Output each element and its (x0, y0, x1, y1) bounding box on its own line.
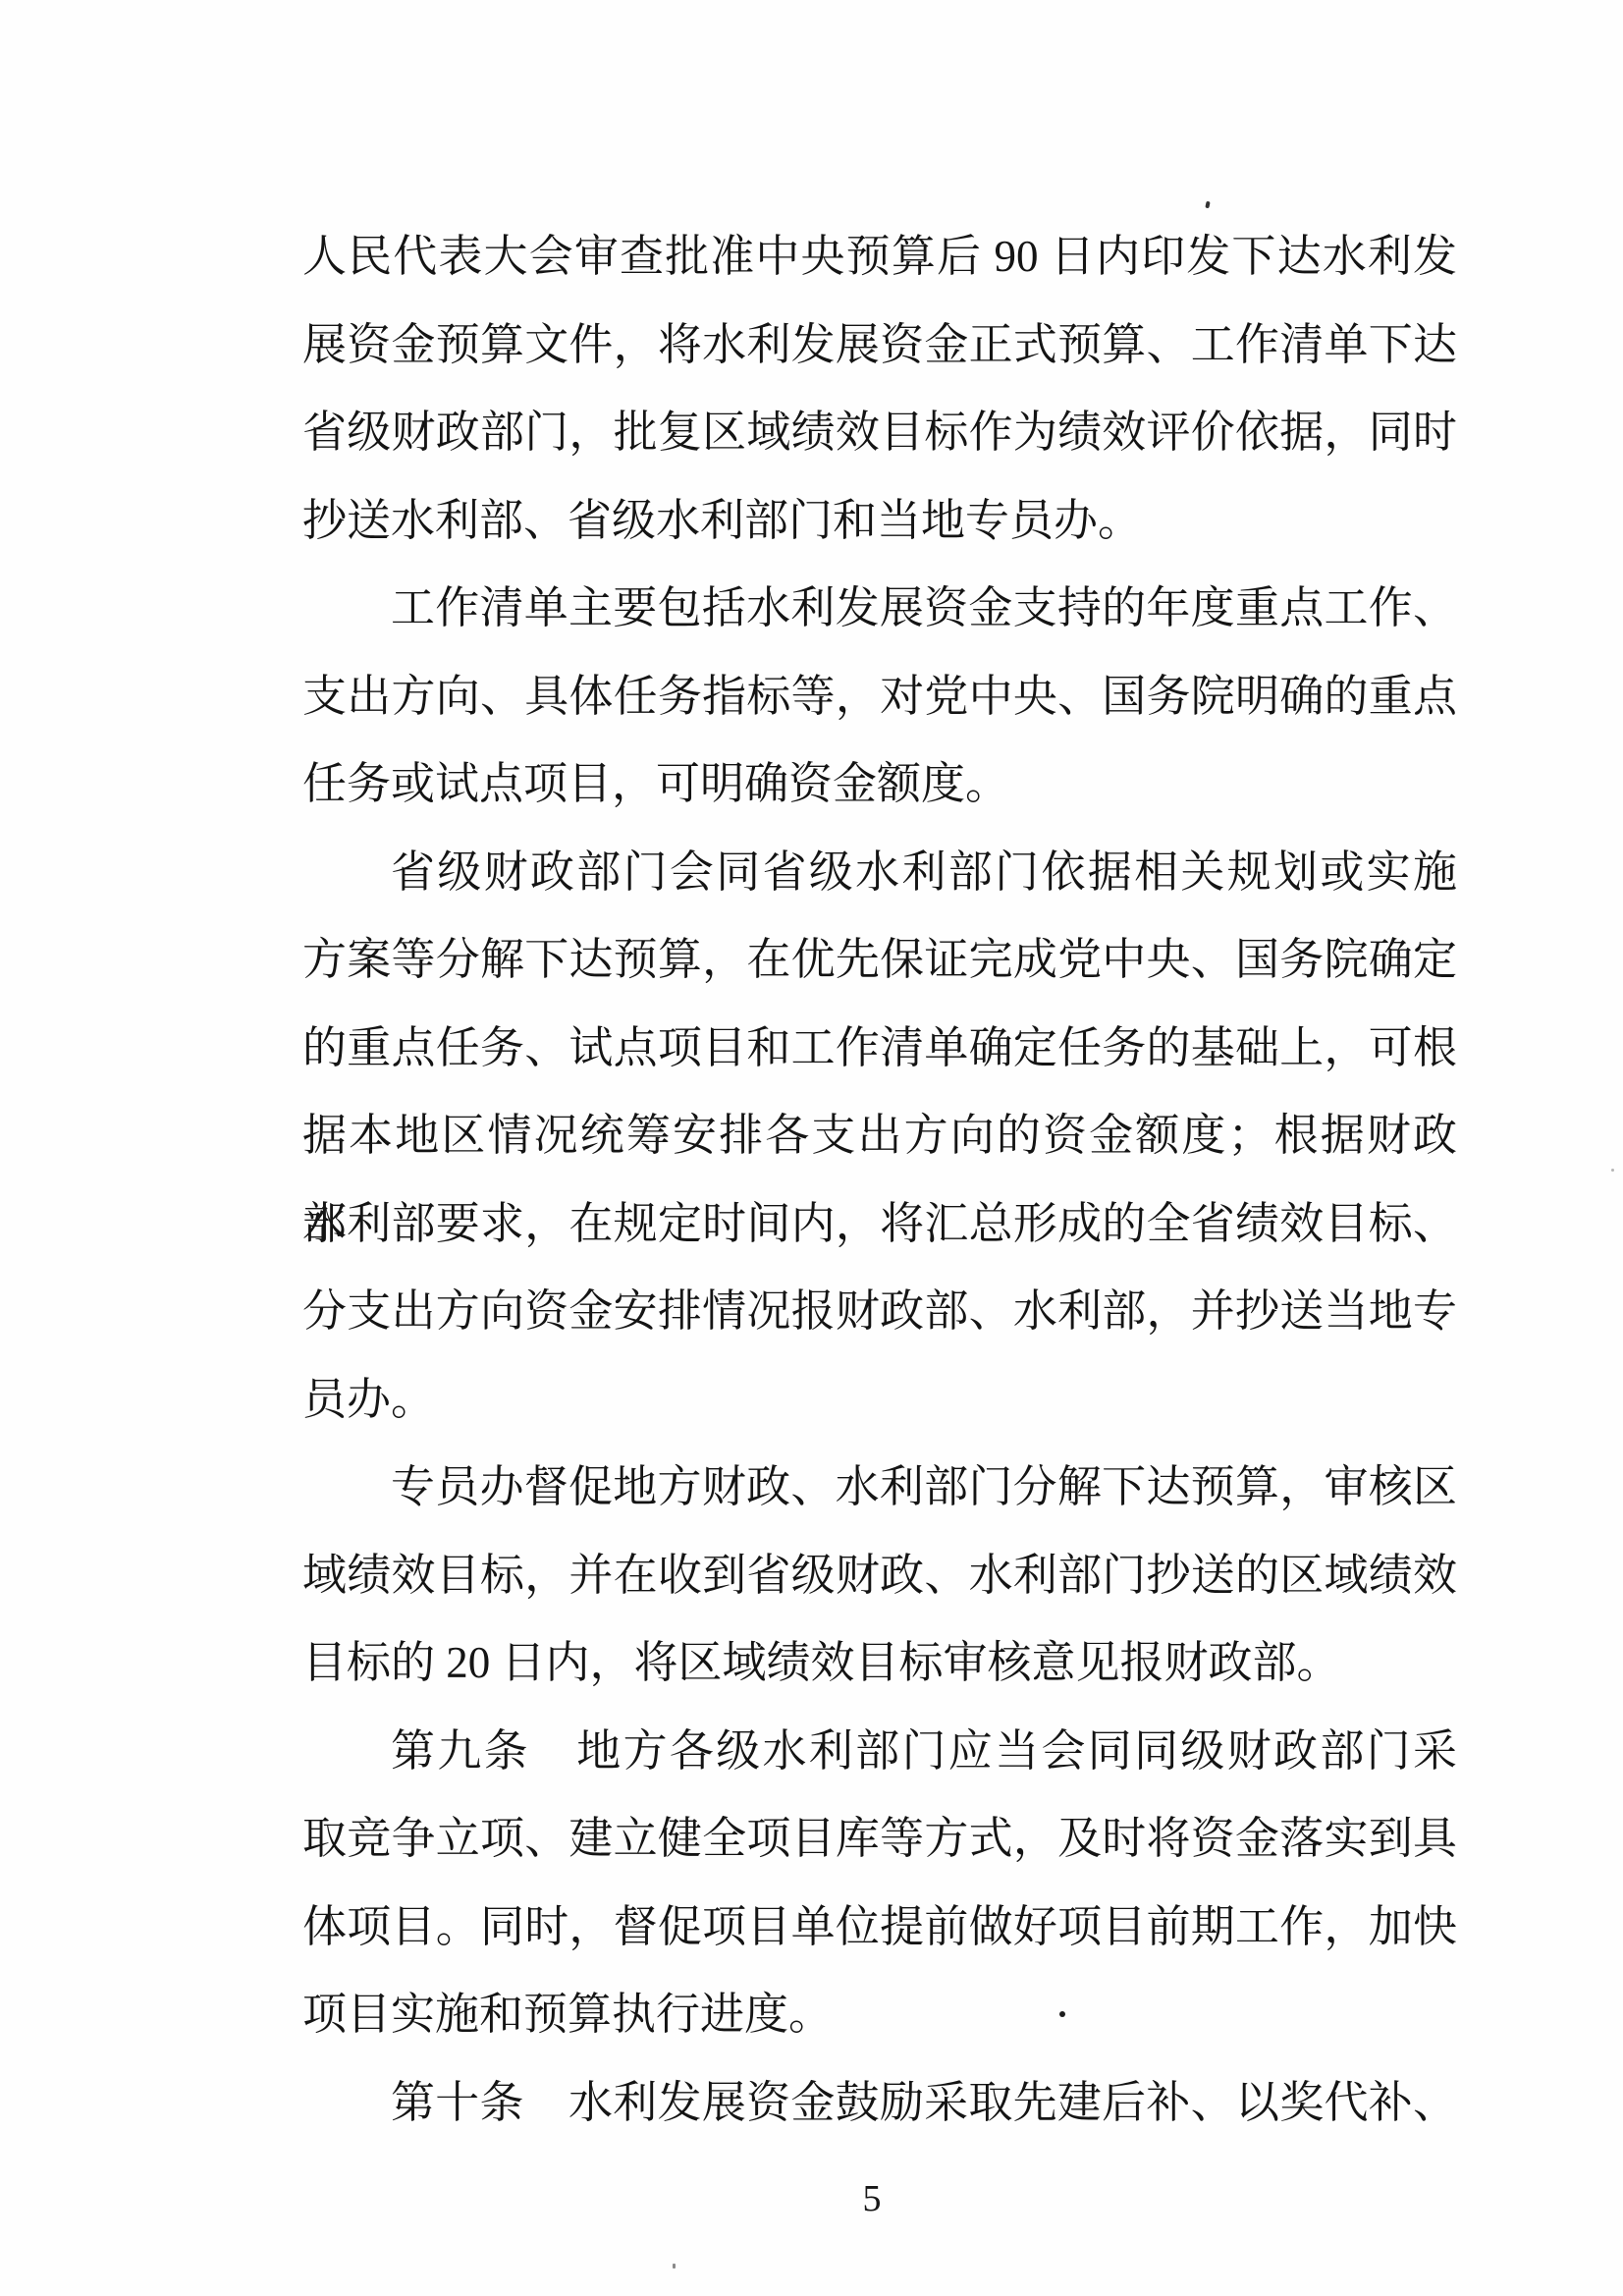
text-line: 支出方向、具体任务指标等，对党中央、国务院明确的重点 (302, 653, 1457, 741)
paragraph: 工作清单主要包括水利发展资金支持的年度重点工作、支出方向、具体任务指标等，对党中… (302, 565, 1457, 829)
text-block: 人民代表大会审查批准中央预算后 90 日内印发下达水利发展资金预算文件，将水利发… (302, 213, 1457, 2147)
text-line: 第九条 地方各级水利部门应当会同同级财政部门采 (302, 1708, 1457, 1796)
text-line: 的重点任务、试点项目和工作清单确定任务的基础上，可根 (302, 1005, 1457, 1093)
document-page: 人民代表大会审查批准中央预算后 90 日内印发下达水利发展资金预算文件，将水利发… (0, 0, 1623, 2296)
text-line: 展资金预算文件，将水利发展资金正式预算、工作清单下达 (302, 301, 1457, 390)
text-line: 方案等分解下达预算，在优先保证完成党中央、国务院确定 (302, 916, 1457, 1005)
ink-speck (673, 2264, 676, 2269)
text-line: 分支出方向资金安排情况报财政部、水利部，并抄送当地专 (302, 1268, 1457, 1356)
paragraph: 第九条 地方各级水利部门应当会同同级财政部门采取竞争立项、建立健全项目库等方式，… (302, 1708, 1457, 2059)
text-line: 专员办督促地方财政、水利部门分解下达预算，审核区 (302, 1444, 1457, 1532)
paragraph: 第十条 水利发展资金鼓励采取先建后补、以奖代补、 (302, 2059, 1457, 2148)
text-line: 项目实施和预算执行进度。 (302, 1971, 1457, 2059)
text-line: 员办。 (302, 1356, 1457, 1445)
ink-speck (1059, 2011, 1065, 2017)
text-line: 域绩效目标，并在收到省级财政、水利部门抄送的区域绩效 (302, 1532, 1457, 1620)
paragraph: 专员办督促地方财政、水利部门分解下达预算，审核区域绩效目标，并在收到省级财政、水… (302, 1444, 1457, 1708)
text-line: 目标的 20 日内，将区域绩效目标审核意见报财政部。 (302, 1619, 1457, 1708)
text-line: 任务或试点项目，可明确资金额度。 (302, 740, 1457, 829)
ink-speck (1205, 201, 1210, 209)
text-line: 抄送水利部、省级水利部门和当地专员办。 (302, 477, 1457, 566)
paragraph: 人民代表大会审查批准中央预算后 90 日内印发下达水利发展资金预算文件，将水利发… (302, 213, 1457, 565)
text-line: 人民代表大会审查批准中央预算后 90 日内印发下达水利发 (302, 213, 1457, 301)
text-line: 第十条 水利发展资金鼓励采取先建后补、以奖代补、 (302, 2059, 1457, 2148)
page-number: 5 (793, 2175, 950, 2222)
text-line: 省级财政部门会同省级水利部门依据相关规划或实施 (302, 829, 1457, 917)
ink-speck (1611, 1169, 1614, 1172)
text-line: 水利部要求，在规定时间内，将汇总形成的全省绩效目标、 (302, 1180, 1457, 1269)
text-line: 取竞争立项、建立健全项目库等方式，及时将资金落实到具 (302, 1795, 1457, 1884)
text-line: 省级财政部门，批复区域绩效目标作为绩效评价依据，同时 (302, 389, 1457, 477)
text-line: 体项目。同时，督促项目单位提前做好项目前期工作，加快 (302, 1884, 1457, 1972)
text-line: 据本地区情况统筹安排各支出方向的资金额度；根据财政部、 (302, 1092, 1457, 1180)
text-line: 工作清单主要包括水利发展资金支持的年度重点工作、 (302, 565, 1457, 653)
paragraph: 省级财政部门会同省级水利部门依据相关规划或实施方案等分解下达预算，在优先保证完成… (302, 829, 1457, 1445)
